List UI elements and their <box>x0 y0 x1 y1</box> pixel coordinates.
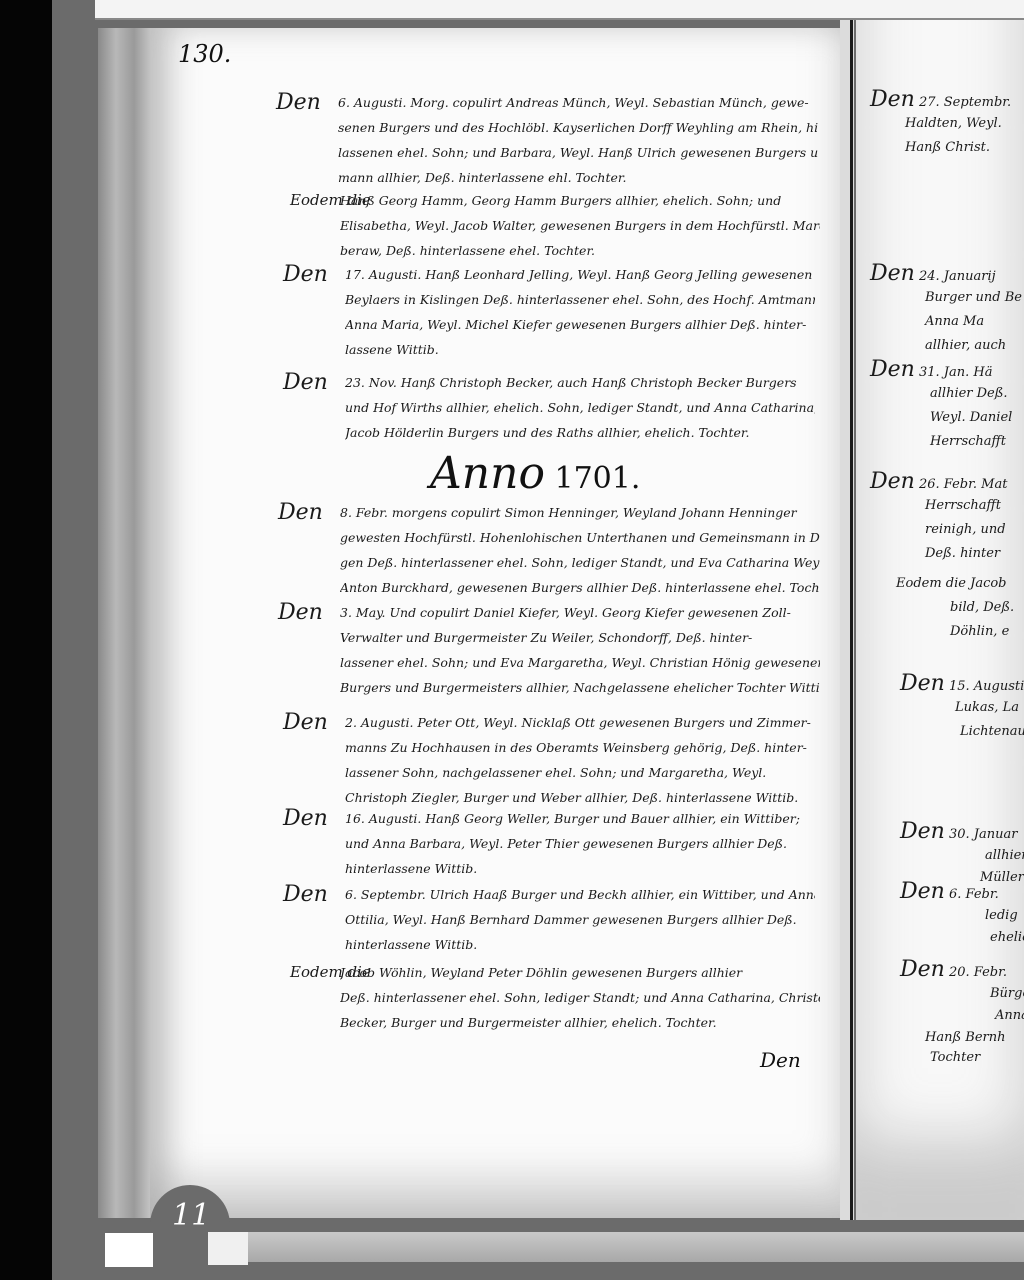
entry-line: 23. Nov. Hanß Christoph Becker, auch Han… <box>345 370 815 395</box>
entry-line: Becker, Burger und Burgermeister allhier… <box>340 1010 820 1035</box>
right-page-line: allhier, auch <box>925 334 1006 358</box>
entry-line: gewesten Hochfürstl. Hohenlohischen Unte… <box>340 525 820 550</box>
entry-line: Jacob Wöhlin, Weyland Peter Döhlin gewes… <box>340 960 820 985</box>
right-page-line: Eodem die Jacob <box>896 572 1007 596</box>
entry-line: Verwalter und Burgermeister Zu Weiler, S… <box>340 625 820 650</box>
right-page-line: bild, Deß. <box>950 596 1014 620</box>
right-page-line: Den 15. Augusti Be <box>900 672 1024 699</box>
entry-line: 3. May. Und copulirt Daniel Kiefer, Weyl… <box>340 600 820 625</box>
entry-line: lassenen ehel. Sohn; und Barbara, Weyl. … <box>338 140 818 165</box>
entry-line: Ottilia, Weyl. Hanß Bernhard Dammer gewe… <box>345 907 815 932</box>
entry-line: Anton Burckhard, gewesenen Burgers allhi… <box>340 575 820 600</box>
film-corner-marker <box>208 1232 248 1265</box>
entry-marker: Den <box>278 500 323 525</box>
entry-marker: Eodem die <box>290 960 371 985</box>
catchword: Den <box>760 1048 801 1072</box>
entry-line: 6. Septembr. Ulrich Haaß Burger und Beck… <box>345 882 815 907</box>
entry-line: Hanß Georg Hamm, Georg Hamm Burgers allh… <box>340 188 820 213</box>
right-page-line: allhier <box>985 844 1024 868</box>
entry-line: Anna Maria, Weyl. Michel Kiefer gewesene… <box>345 312 815 337</box>
register-entry: Den 6. Septembr. Ulrich Haaß Burger und … <box>345 882 815 957</box>
entry-line: mann allhier, Deß. hinterlassene ehl. To… <box>338 165 818 190</box>
right-page-line: Bürger <box>990 982 1024 1006</box>
register-entry: Eodem die Jacob Wöhlin, Weyland Peter Dö… <box>340 960 820 1035</box>
right-page-line: Den 27. Septembr. <box>870 88 1011 115</box>
entry-line: und Hof Wirths allhier, ehelich. Sohn, l… <box>345 395 815 420</box>
right-page-line: Anna Ma <box>925 310 984 334</box>
entry-marker: Den <box>276 90 321 115</box>
entry-line: gen Deß. hinterlassener ehel. Sohn, ledi… <box>340 550 820 575</box>
right-page-line: Burger und Be <box>925 286 1022 310</box>
right-page-line: Deß. hinter <box>925 542 1000 566</box>
register-entry: Den 17. Augusti. Hanß Leonhard Jelling, … <box>345 262 815 362</box>
year-heading-anno: Anno <box>430 448 545 499</box>
entry-line: beraw, Deß. hinterlassene ehel. Tochter. <box>340 238 820 263</box>
entry-line: hinterlassene Wittib. <box>345 932 815 957</box>
bottom-page-edge <box>230 1232 1024 1262</box>
register-entry: Den 16. Augusti. Hanß Georg Weller, Burg… <box>345 806 815 881</box>
right-page-line: allhier Deß. <box>930 382 1008 406</box>
right-page-line: Döhlin, e <box>950 620 1009 644</box>
entry-marker: Den <box>283 710 328 735</box>
entry-line: hinterlassene Wittib. <box>345 856 815 881</box>
top-page-edge <box>95 0 1024 20</box>
right-page-line: reinigh, und <box>925 518 1006 542</box>
right-page-line: Herrschafft <box>925 494 1001 518</box>
register-entry: Den 3. May. Und copulirt Daniel Kiefer, … <box>340 600 820 700</box>
entry-line: manns Zu Hochhausen in des Oberamts Wein… <box>345 735 815 760</box>
entry-line: lassener Sohn, nachgelassener ehel. Sohn… <box>345 760 815 785</box>
register-entry: Den 23. Nov. Hanß Christoph Becker, auch… <box>345 370 815 445</box>
register-entry: Den 6. Augusti. Morg. copulirt Andreas M… <box>338 90 818 190</box>
entry-line: 6. Augusti. Morg. copulirt Andreas Münch… <box>338 90 818 115</box>
book-spine <box>98 28 158 1218</box>
entry-marker: Den <box>278 600 323 625</box>
entry-line: Elisabetha, Weyl. Jacob Walter, gewesene… <box>340 213 820 238</box>
scan-border-left <box>0 0 52 1280</box>
entry-marker: Den <box>283 262 328 287</box>
register-entry: Den 2. Augusti. Peter Ott, Weyl. Nicklaß… <box>345 710 815 810</box>
entry-line: 16. Augusti. Hanß Georg Weller, Burger u… <box>345 806 815 831</box>
right-page-line: Weyl. Daniel <box>930 406 1012 430</box>
entry-line: Burgers und Burgermeisters allhier, Nach… <box>340 675 820 700</box>
right-page-line: Haldten, Weyl. <box>905 112 1002 136</box>
right-page-line: ledig <box>985 904 1018 928</box>
register-entry: Eodem die Hanß Georg Hamm, Georg Hamm Bu… <box>340 188 820 263</box>
right-page-line: Den 20. Febr. <box>900 958 1007 985</box>
entry-line: lassene Wittib. <box>345 337 815 362</box>
entry-line: Jacob Hölderlin Burgers und des Raths al… <box>345 420 815 445</box>
register-entry: Den 8. Febr. morgens copulirt Simon Henn… <box>340 500 820 600</box>
page-divider <box>850 20 853 1220</box>
right-page-line: Den 24. Januarij <box>870 262 996 289</box>
entry-line: senen Burgers und des Hochlöbl. Kayserli… <box>338 115 818 140</box>
right-page-line: Hanß Christ. <box>905 136 990 160</box>
entry-line: lassener ehel. Sohn; und Eva Margaretha,… <box>340 650 820 675</box>
right-page-line: Den 6. Febr. <box>900 880 999 907</box>
entry-marker: Den <box>283 882 328 907</box>
entry-line: 17. Augusti. Hanß Leonhard Jelling, Weyl… <box>345 262 815 287</box>
entry-marker: Eodem die <box>290 188 371 213</box>
right-page-line: Anna <box>995 1004 1024 1028</box>
right-page-line: Den 30. Januar <box>900 820 1017 847</box>
right-page-line: Den 26. Febr. Mat <box>870 470 1007 497</box>
entry-marker: Den <box>283 806 328 831</box>
right-page-line: Tochter <box>930 1046 980 1070</box>
entry-marker: Den <box>283 370 328 395</box>
right-page-line: Herrschafft <box>930 430 1006 454</box>
entry-line: 2. Augusti. Peter Ott, Weyl. Nicklaß Ott… <box>345 710 815 735</box>
entry-line: 8. Febr. morgens copulirt Simon Henninge… <box>340 500 820 525</box>
right-page-line: ehelich <box>990 926 1024 950</box>
film-corner-marker <box>105 1233 153 1267</box>
right-page-line: Lichtenau <box>960 720 1024 744</box>
entry-line: Deß. hinterlassener ehel. Sohn, lediger … <box>340 985 820 1010</box>
page-number: 130. <box>178 40 231 68</box>
year-heading-year: 1701. <box>555 461 641 496</box>
footer-mark: 11 <box>172 1198 210 1233</box>
year-heading: Anno 1701. <box>430 448 640 499</box>
right-page-line: Den 31. Jan. Hä <box>870 358 992 385</box>
entry-line: und Anna Barbara, Weyl. Peter Thier gewe… <box>345 831 815 856</box>
entry-line: Beylaers in Kislingen Deß. hinterlassene… <box>345 287 815 312</box>
right-page-line: Lukas, La <box>955 696 1019 720</box>
